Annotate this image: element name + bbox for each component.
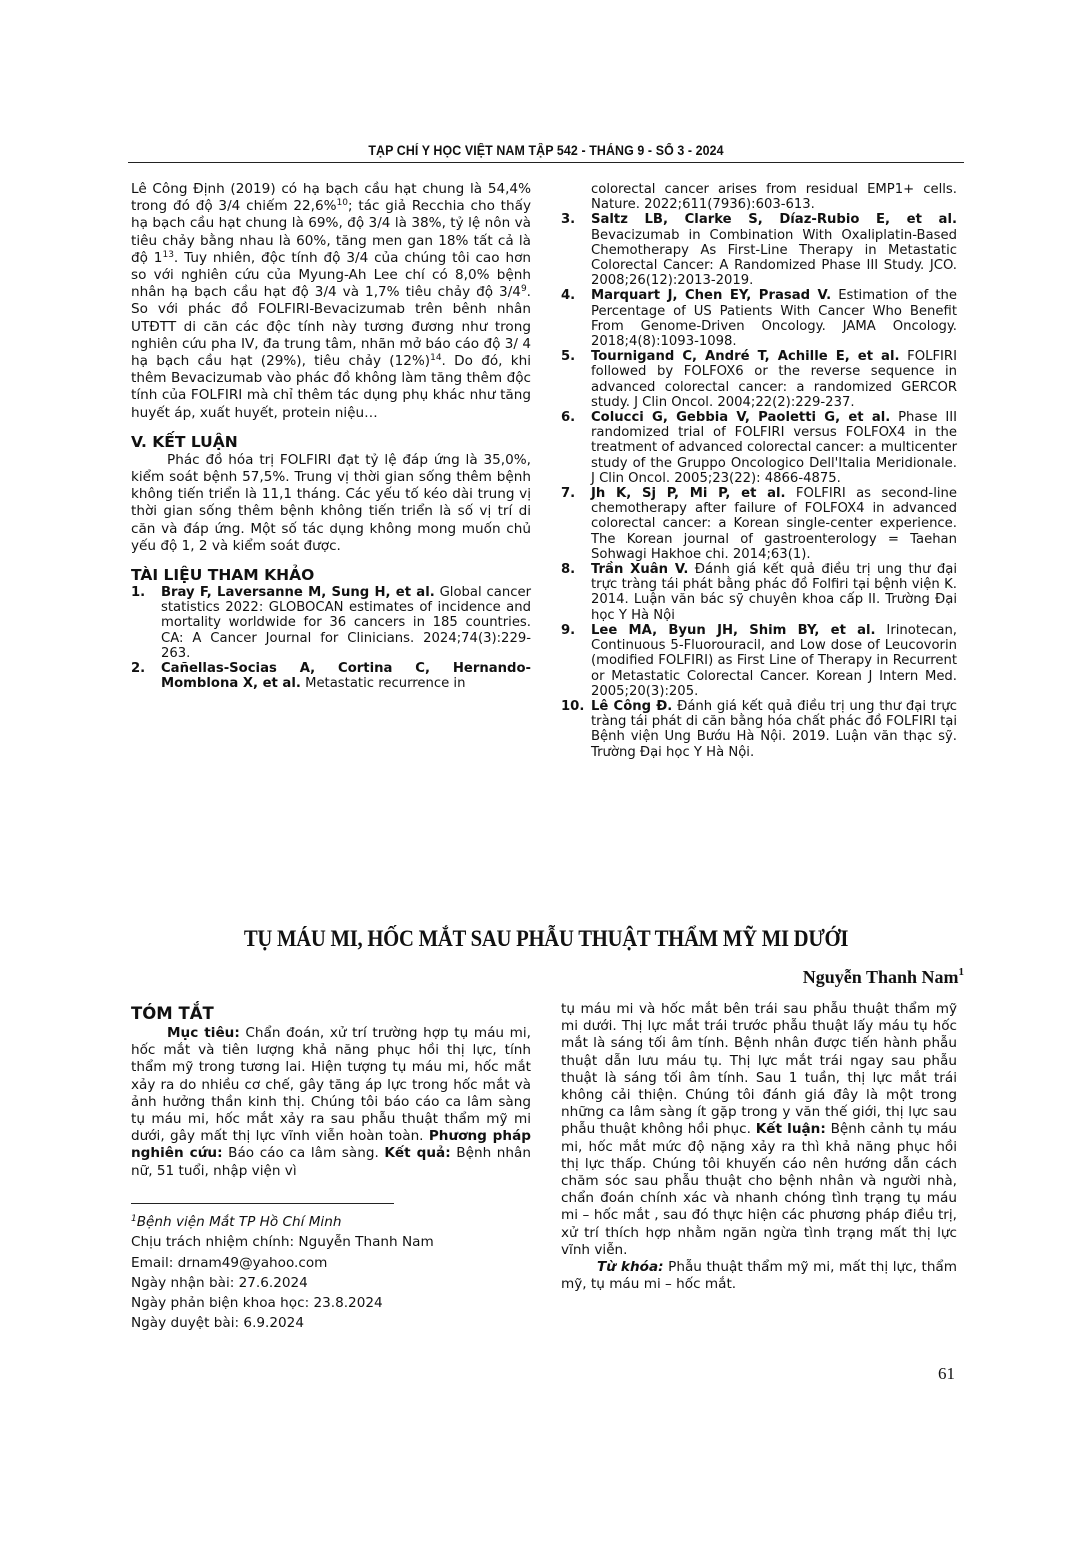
- reference-item: 2. Cañellas-Socias A, Cortina C, Hernand…: [131, 661, 531, 691]
- header-divider: [128, 162, 964, 163]
- footnotes: 1Bệnh viện Mắt TP Hồ Chí Minh Chịu trách…: [131, 1212, 434, 1334]
- reference-item: 6. Colucci G, Gebbia V, Paoletti G, et a…: [561, 410, 957, 486]
- reference-item: 10. Lê Công Đ. Đánh giá kết quả điều trị…: [561, 699, 957, 760]
- abstract-right: tụ máu mi và hốc mắt bên trái sau phẫu t…: [561, 1001, 957, 1293]
- reference-item: 9. Lee MA, Byun JH, Shim BY, et al. Irin…: [561, 623, 957, 699]
- citation-sup: 13: [162, 250, 173, 260]
- keywords: Từ khóa: Phẫu thuật thẩm mỹ mi, mất thị …: [561, 1259, 957, 1293]
- reference-item: 1. Bray F, Laversanne M, Sung H, et al. …: [131, 585, 531, 661]
- reference-item: 3. Saltz LB, Clarke S, Díaz-Rubio E, et …: [561, 212, 957, 288]
- abstract-left: TÓM TẮT Mục tiêu: Chẩn đoán, xử trí trườ…: [131, 1003, 531, 1180]
- conclusion-paragraph: Phác đồ hóa trị FOLFIRI đạt tỷ lệ đáp ứn…: [131, 452, 531, 555]
- reference-item-continued: colorectal cancer arises from residual E…: [561, 182, 957, 212]
- discussion-paragraph: Lê Công Định (2019) có hạ bạch cầu hạt c…: [131, 181, 531, 422]
- citation-sup: 14: [430, 353, 441, 363]
- abstract-heading: TÓM TẮT: [131, 1003, 531, 1025]
- journal-header: TẠP CHÍ Y HỌC VIỆT NAM TẬP 542 - THÁNG 9…: [161, 143, 930, 158]
- article-author: Nguyễn Thanh Nam1: [803, 967, 964, 988]
- footnote-divider: [131, 1203, 394, 1204]
- left-column-top: Lê Công Định (2019) có hạ bạch cầu hạt c…: [131, 181, 531, 691]
- affiliation: 1Bệnh viện Mắt TP Hồ Chí Minh: [131, 1212, 434, 1232]
- date-accepted: Ngày duyệt bài: 6.9.2024: [131, 1313, 434, 1333]
- abstract-paragraph: Mục tiêu: Chẩn đoán, xử trí trường hợp t…: [131, 1025, 531, 1180]
- corresponding-author: Chịu trách nhiệm chính: Nguyễn Thanh Nam: [131, 1232, 434, 1252]
- citation-sup: 10: [337, 198, 348, 208]
- reference-item: 4. Marquart J, Chen EY, Prasad V. Estima…: [561, 288, 957, 349]
- reference-item: 7. Jh K, Sj P, Mi P, et al. FOLFIRI as s…: [561, 486, 957, 562]
- conclusion-heading: V. KẾT LUẬN: [131, 432, 531, 452]
- date-reviewed: Ngày phản biện khoa học: 23.8.2024: [131, 1293, 434, 1313]
- references-heading: TÀI LIỆU THAM KHẢO: [131, 565, 531, 585]
- date-received: Ngày nhận bài: 27.6.2024: [131, 1273, 434, 1293]
- email: Email: drnam49@yahoo.com: [131, 1253, 434, 1273]
- right-column-top: colorectal cancer arises from residual E…: [561, 182, 957, 760]
- reference-item: 5. Tournigand C, André T, Achille E, et …: [561, 349, 957, 410]
- page-number: 61: [938, 1364, 955, 1384]
- article-title: TỤ MÁU MI, HỐC MẮT SAU PHẪU THUẬT THẨM M…: [170, 926, 922, 952]
- abstract-paragraph-continued: tụ máu mi và hốc mắt bên trái sau phẫu t…: [561, 1001, 957, 1259]
- reference-item: 8. Trần Xuân V. Đánh giá kết quả điều tr…: [561, 562, 957, 623]
